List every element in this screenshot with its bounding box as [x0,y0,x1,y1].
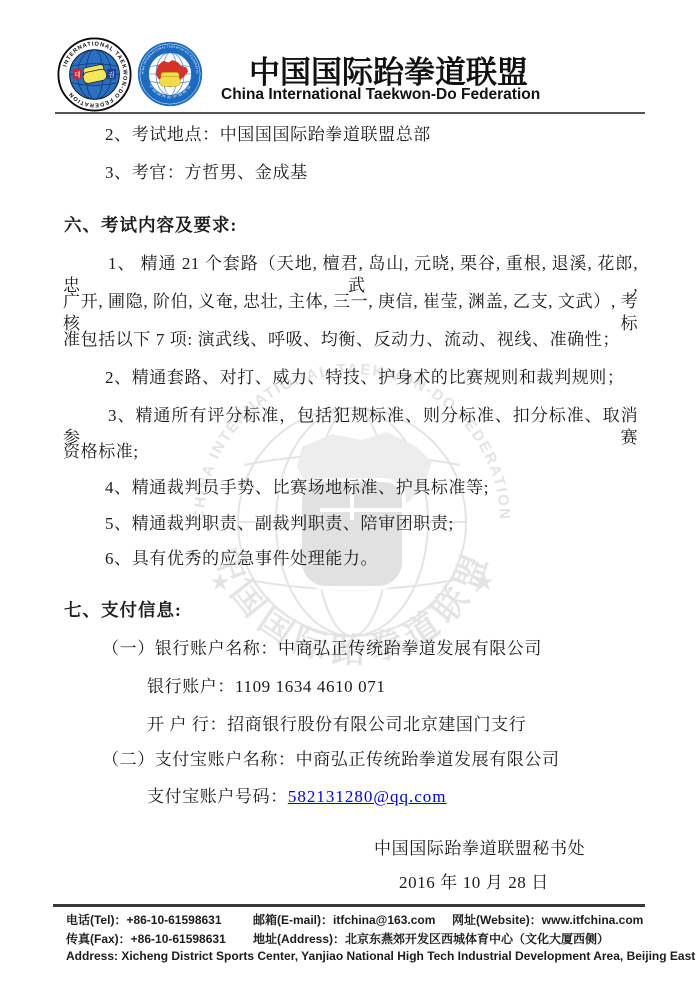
section6-item5: 5、精通裁判职责、副裁判职责、陪审团职责; [105,513,454,535]
alipay-account-number-line: 支付宝账户号码：582131280@qq.com [147,786,447,808]
document-page: CHINA INTERNATIONAL TAEKWON-DO FEDERATIO… [0,0,700,990]
signature-date: 2016 年 10 月 28 日 [399,872,549,894]
alipay-account-name-line: （二）支付宝账户名称：中商弘正传统跆拳道发展有限公司 [102,749,560,771]
org-title-en: China International Taekwon-Do Federatio… [221,86,540,104]
footer-fax: 传真(Fax)：+86-10-61598631 [66,930,226,947]
signature-org: 中国国际跆拳道联盟秘书处 [374,838,585,860]
footer-address-en: Address: Xicheng District Sports Center,… [66,949,695,963]
section6-item6: 6、具有优秀的应急事件处理能力。 [105,548,378,570]
itf-korean-left: 태 [74,70,80,79]
itf-korean-right: 권 [108,70,114,79]
section6-item1-line3: 准包括以下 7 项: 演武线、呼吸、均衡、反动力、流动、视线、准确性； [63,329,620,351]
header-rule [55,112,645,114]
section6-item2: 2、精通套路、对打、威力、特技、护身术的比赛规则和裁判规则； [105,367,625,389]
section7-heading: 七、支付信息: [64,599,182,622]
footer-rule [53,904,645,907]
watermark-star-right: ★ [473,570,495,596]
citf-fist [160,72,181,86]
section6-item4: 4、精通裁判员手势、比赛场地标准、护具标准等; [105,477,489,499]
footer-email: 邮箱(E-mail)：itfchina@163.com [253,911,435,928]
alipay-email-link[interactable]: 582131280@qq.com [288,787,447,806]
watermark-star-left: ★ [209,570,231,596]
section6-item3-line1: 3、精通所有评分标准，包括犯规标准、则分标准、扣分标准、取消参赛 [63,405,638,449]
examiners-line: 3、考官：方哲男、金成基 [105,162,308,184]
alipay-number-label: 支付宝账户号码： [147,787,288,806]
section6-item3-line2: 资格标准; [63,441,139,463]
footer-website: 网址(Website)：www.itfchina.com [452,911,643,928]
section6-heading: 六、考试内容及要求: [64,214,237,237]
bank-account-name-line: （一）银行账户名称：中商弘正传统跆拳道发展有限公司 [102,638,542,660]
footer-tel: 电话(Tel)：+86-10-61598631 [66,911,222,928]
citf-logo-icon: CHINA INTERNATIONAL TAEKWON-DO FEDERATIO… [137,41,203,107]
exam-location-line: 2、考试地点：中国国国际跆拳道联盟总部 [105,124,431,146]
itf-logo-icon: INTERNATIONAL TAEKWON-DO FEDERATION 태 권 [57,37,132,112]
footer-address-cn: 地址(Address)：北京东燕郊开发区西城体育中心（文化大厦西侧） [253,930,609,947]
bank-branch-line: 开 户 行：招商银行股份有限公司北京建国门支行 [147,714,526,736]
bank-account-number-line: 银行账户：1109 1634 4610 071 [147,676,385,698]
